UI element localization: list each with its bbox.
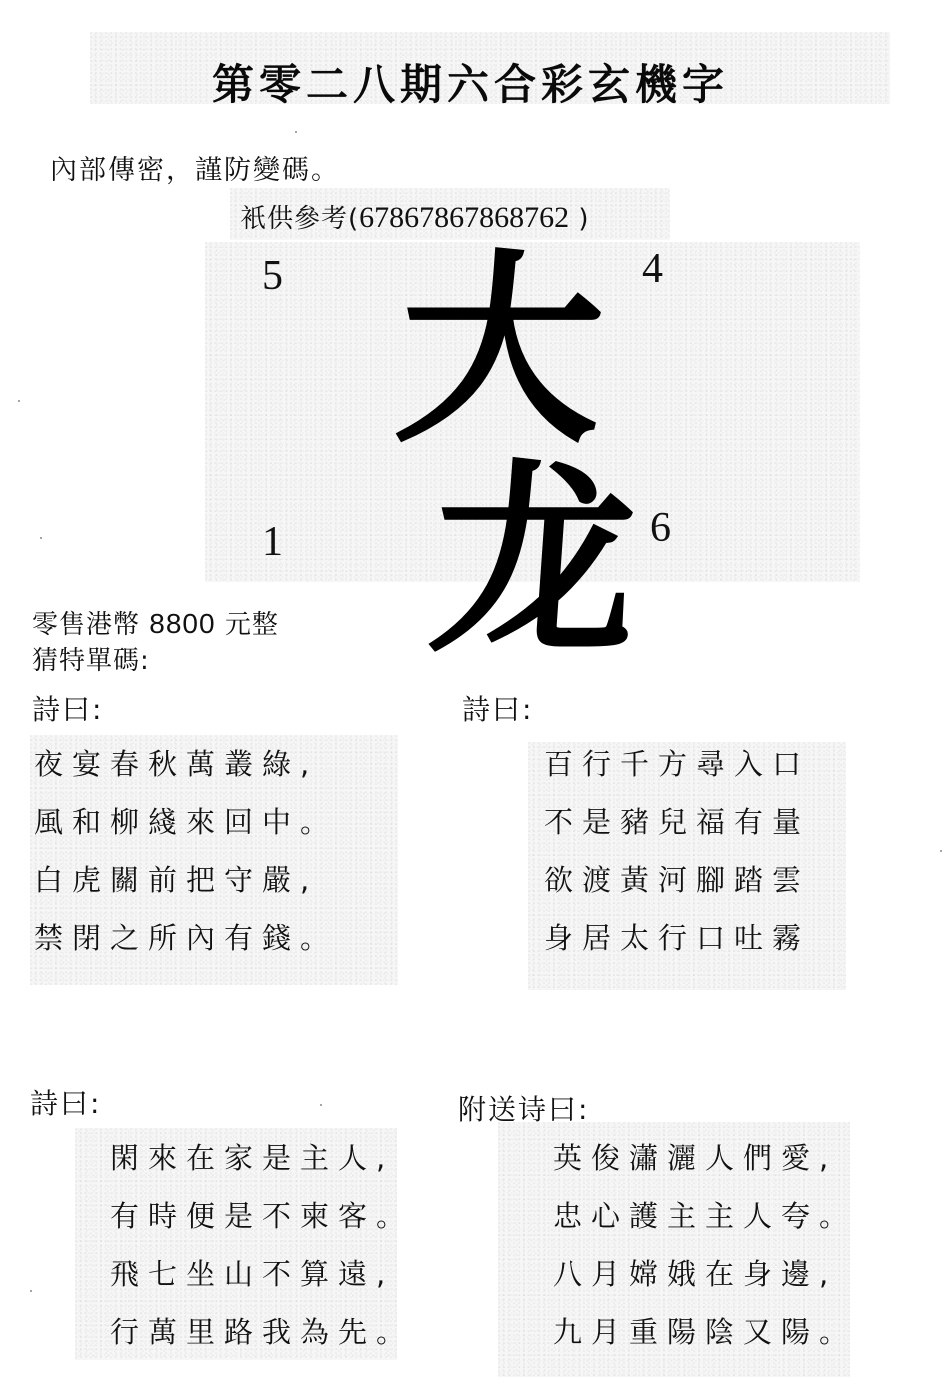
reference-close: ) bbox=[569, 204, 589, 234]
poem-line: 行萬里路我為先。 bbox=[110, 1303, 414, 1361]
price-label: 零售港幣 bbox=[32, 610, 140, 640]
poem-line: 八月嫦娥在身邊, bbox=[553, 1245, 857, 1303]
poem-line: 百行千方尋入口 bbox=[544, 735, 810, 793]
poem-line: 閑來在家是主人, bbox=[110, 1129, 414, 1187]
poem-line: 身居太行口吐霧 bbox=[544, 909, 810, 967]
poem-line: 不是豬兒福有量 bbox=[544, 793, 810, 851]
poem-line: 風和柳綫來回中。 bbox=[34, 793, 338, 851]
price-unit: 元整 bbox=[225, 610, 279, 640]
poem-4-heading: 附送诗曰: bbox=[458, 1088, 589, 1128]
poem-line: 九月重陽陰又陽。 bbox=[553, 1303, 857, 1361]
scan-speck bbox=[40, 537, 42, 539]
poem-line: 有時便是不柬客。 bbox=[110, 1187, 414, 1245]
price-amount: 8800 bbox=[149, 608, 215, 639]
scan-speck bbox=[940, 850, 942, 852]
corner-number-top-left: 5 bbox=[262, 252, 283, 300]
poem-line: 欲渡黃河腳踏雲 bbox=[544, 851, 810, 909]
poem-line: 禁閉之所內有錢。 bbox=[34, 909, 338, 967]
guess-special-number-label: 猜特單碼: bbox=[32, 640, 150, 677]
confidential-notice: 內部傳密，謹防變碼。 bbox=[50, 148, 340, 187]
poem-line: 夜宴春秋萬叢綠, bbox=[34, 735, 338, 793]
reference-label: 衹供參考( bbox=[240, 204, 359, 234]
puzzle-character-long: 龙 bbox=[425, 460, 644, 665]
puzzle-character-da: 大 bbox=[391, 250, 610, 455]
poem-line: 忠心護主主人夸。 bbox=[553, 1187, 857, 1245]
poem-line: 英俊瀟灑人們愛, bbox=[553, 1129, 857, 1187]
poem-line: 飛七坐山不算遠, bbox=[110, 1245, 414, 1303]
poem-3-heading: 詩曰: bbox=[30, 1082, 101, 1122]
scan-speck bbox=[18, 400, 20, 402]
reference-line: 衹供參考(67867867868762 ) bbox=[240, 198, 590, 235]
poem-3: 閑來在家是主人, 有時便是不柬客。 飛七坐山不算遠, 行萬里路我為先。 bbox=[110, 1129, 414, 1361]
poem-line: 白虎關前把守嚴, bbox=[34, 851, 338, 909]
poem-1-heading: 詩曰: bbox=[32, 688, 103, 728]
poem-2-heading: 詩曰: bbox=[462, 688, 533, 728]
poem-4: 英俊瀟灑人們愛, 忠心護主主人夸。 八月嫦娥在身邊, 九月重陽陰又陽。 bbox=[553, 1129, 857, 1361]
scan-speck bbox=[320, 1104, 322, 1106]
corner-number-top-right: 4 bbox=[642, 245, 663, 293]
reference-numbers: 67867867868762 bbox=[359, 201, 569, 234]
poem-1: 夜宴春秋萬叢綠, 風和柳綫來回中。 白虎關前把守嚴, 禁閉之所內有錢。 bbox=[34, 735, 338, 967]
corner-number-bottom-right: 6 bbox=[650, 504, 671, 552]
page-title: 第零二八期六合彩玄機字 bbox=[212, 52, 729, 112]
poem-2: 百行千方尋入口 不是豬兒福有量 欲渡黃河腳踏雲 身居太行口吐霧 bbox=[544, 735, 810, 967]
scan-speck bbox=[30, 1290, 32, 1292]
retail-price: 零售港幣 8800 元整 bbox=[32, 604, 279, 641]
scan-speck bbox=[295, 131, 297, 133]
corner-number-bottom-left: 1 bbox=[262, 518, 283, 566]
